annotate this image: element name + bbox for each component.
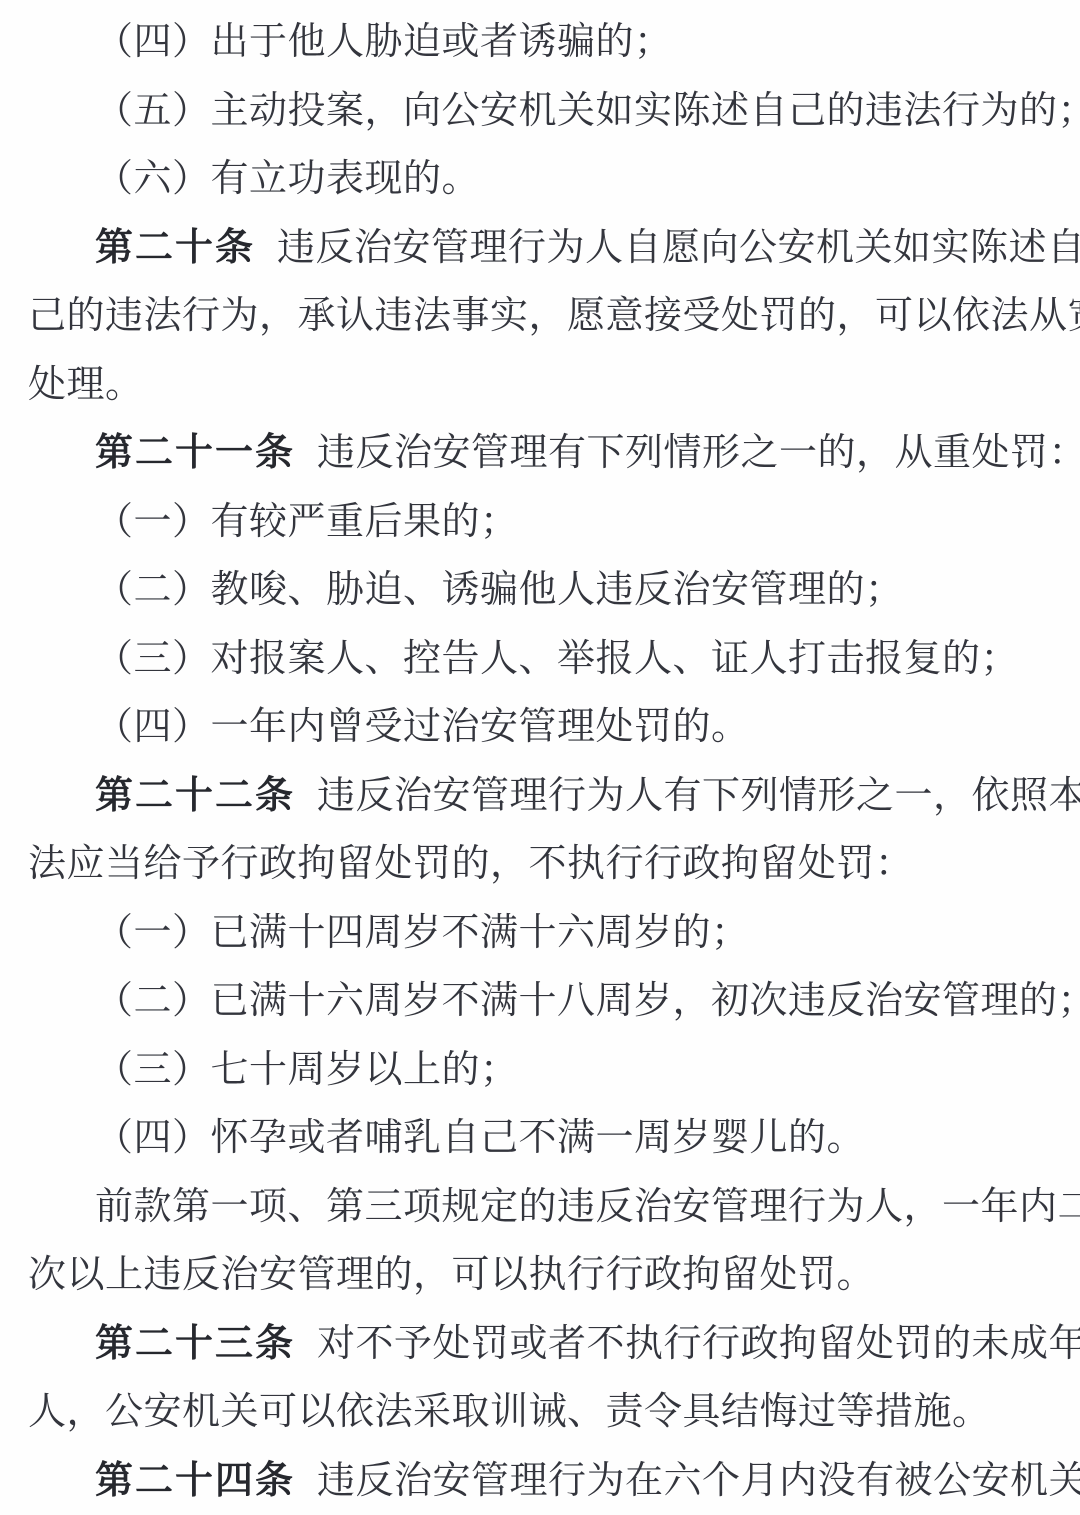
line-text: （一）有较严重后果的； xyxy=(95,501,519,543)
text-line: 处理。 xyxy=(28,351,1054,420)
line-text: 违反治安管理有下列情形之一的，从重处罚： xyxy=(317,432,1080,474)
text-line: 第二十一条违反治安管理有下列情形之一的，从重处罚： xyxy=(28,419,1054,488)
article-number: 第二十条 xyxy=(95,227,255,269)
line-text: 人，公安机关可以依法采取训诫、责令具结悔过等措施。 xyxy=(28,1391,991,1433)
line-text: （二）教唆、胁迫、诱骗他人违反治安管理的； xyxy=(95,569,904,611)
text-line: （四）怀孕或者哺乳自己不满一周岁婴儿的。 xyxy=(28,1104,1054,1173)
line-text: （二）已满十六周岁不满十八周岁，初次违反治安管理的； xyxy=(95,980,1080,1022)
text-line: （二）已满十六周岁不满十八周岁，初次违反治安管理的； xyxy=(28,967,1054,1036)
text-line: 己的违法行为，承认违法事实，愿意接受处罚的，可以依法从宽 xyxy=(28,282,1054,351)
text-line: 前款第一项、第三项规定的违反治安管理行为人，一年内二 xyxy=(28,1173,1054,1242)
line-text: （一）已满十四周岁不满十六周岁的； xyxy=(95,912,750,954)
line-text: （四）怀孕或者哺乳自己不满一周岁婴儿的。 xyxy=(95,1117,865,1159)
text-line: （三）七十周岁以上的； xyxy=(28,1036,1054,1105)
line-text: 违反治安管理行为人自愿向公安机关如实陈述自 xyxy=(277,227,1080,269)
text-line: （二）教唆、胁迫、诱骗他人违反治安管理的； xyxy=(28,556,1054,625)
text-line: （六）有立功表现的。 xyxy=(28,145,1054,214)
text-line: （四）一年内曾受过治安管理处罚的。 xyxy=(28,693,1054,762)
text-line: 第二十条违反治安管理行为人自愿向公安机关如实陈述自 xyxy=(28,214,1054,283)
article-number: 第二十三条 xyxy=(95,1323,295,1365)
text-line: 第二十四条违反治安管理行为在六个月内没有被公安机关 xyxy=(28,1447,1054,1515)
document-page: （四）出于他人胁迫或者诱骗的； （五）主动投案，向公安机关如实陈述自己的违法行为… xyxy=(0,0,1080,1515)
line-text: （六）有立功表现的。 xyxy=(95,158,480,200)
text-line: （一）已满十四周岁不满十六周岁的； xyxy=(28,899,1054,968)
line-text: （五）主动投案，向公安机关如实陈述自己的违法行为的； xyxy=(95,90,1080,132)
article-number: 第二十二条 xyxy=(95,775,295,817)
text-line: 法应当给予行政拘留处罚的，不执行行政拘留处罚： xyxy=(28,830,1054,899)
line-text: （四）一年内曾受过治安管理处罚的。 xyxy=(95,706,750,748)
line-text: （三）对报案人、控告人、举报人、证人打击报复的； xyxy=(95,638,1019,680)
line-text: 对不予处罚或者不执行行政拘留处罚的未成年 xyxy=(317,1323,1080,1365)
line-text: （四）出于他人胁迫或者诱骗的； xyxy=(95,21,673,63)
article-number: 第二十四条 xyxy=(95,1460,295,1502)
text-line: 人，公安机关可以依法采取训诫、责令具结悔过等措施。 xyxy=(28,1378,1054,1447)
text-line: 第二十二条违反治安管理行为人有下列情形之一，依照本 xyxy=(28,762,1054,831)
line-text: 处理。 xyxy=(28,364,144,406)
line-text: 前款第一项、第三项规定的违反治安管理行为人，一年内二 xyxy=(95,1186,1080,1228)
line-text: 违反治安管理行为人有下列情形之一，依照本 xyxy=(317,775,1080,817)
text-line: （三）对报案人、控告人、举报人、证人打击报复的； xyxy=(28,625,1054,694)
line-text: 法应当给予行政拘留处罚的，不执行行政拘留处罚： xyxy=(28,843,914,885)
line-text: 己的违法行为，承认违法事实，愿意接受处罚的，可以依法从宽 xyxy=(28,295,1080,337)
line-text: （三）七十周岁以上的； xyxy=(95,1049,519,1091)
text-line: （一）有较严重后果的； xyxy=(28,488,1054,557)
line-text: 次以上违反治安管理的，可以执行行政拘留处罚。 xyxy=(28,1254,875,1296)
article-number: 第二十一条 xyxy=(95,432,295,474)
line-text: 违反治安管理行为在六个月内没有被公安机关 xyxy=(317,1460,1080,1502)
text-line: （四）出于他人胁迫或者诱骗的； xyxy=(28,8,1054,77)
text-line: 第二十三条对不予处罚或者不执行行政拘留处罚的未成年 xyxy=(28,1310,1054,1379)
text-line: （五）主动投案，向公安机关如实陈述自己的违法行为的； xyxy=(28,77,1054,146)
text-line: 次以上违反治安管理的，可以执行行政拘留处罚。 xyxy=(28,1241,1054,1310)
